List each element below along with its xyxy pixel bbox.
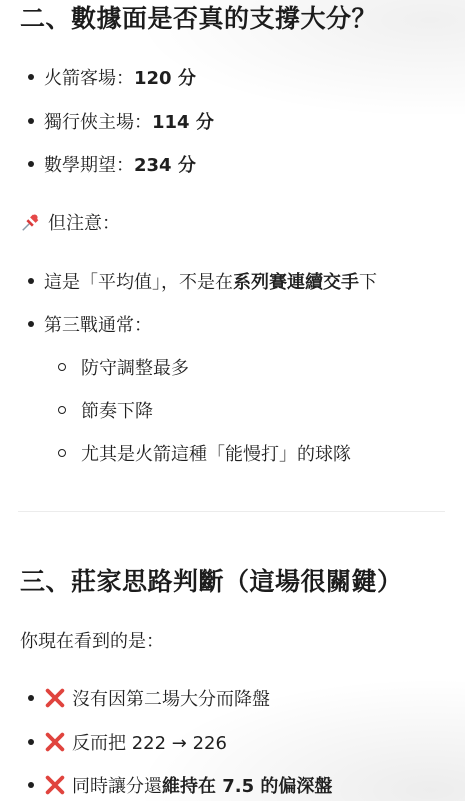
list-item: 這是「平均值」，不是在 系列賽連續交手 下 — [28, 268, 377, 294]
item-text: 反而把 222 → 226 — [72, 729, 227, 755]
list-item: 同時讓分還 維持在 7.5 的偏深盤 — [28, 772, 332, 798]
list-item: 沒有因第二場大分而降盤 — [28, 685, 270, 711]
stat-label: 數學期望： — [44, 151, 134, 177]
sub-list-item: 尤其是火箭這種「能慢打」的球隊 — [58, 440, 351, 466]
cross-mark-icon — [44, 731, 66, 753]
circle-bullet-icon — [58, 406, 66, 414]
bullet-icon — [28, 74, 34, 80]
bullet-icon — [28, 161, 34, 167]
sub-item-text: 防守調整最多 — [81, 354, 189, 380]
stat-value: 114 分 — [152, 108, 214, 134]
bullet-icon — [28, 321, 34, 327]
bullet-icon — [28, 739, 34, 745]
bullet-icon — [28, 278, 34, 284]
list-item: 數學期望： 234 分 — [28, 151, 196, 177]
sub-list-item: 防守調整最多 — [58, 354, 189, 380]
document-page: 二、數據面是否真的支撐大分？ 火箭客場： 120 分 獨行俠主場： 114 分 … — [0, 0, 465, 801]
caveat-text: 第三戰通常： — [44, 311, 152, 337]
bullet-icon — [28, 118, 34, 124]
circle-bullet-icon — [58, 363, 66, 371]
item-bold-text: 維持在 7.5 的偏深盤 — [162, 772, 332, 798]
list-item: 第三戰通常： — [28, 311, 152, 337]
list-item: 反而把 222 → 226 — [28, 729, 227, 755]
caveat-text-end: 下 — [359, 268, 377, 294]
bullet-icon — [28, 695, 34, 701]
item-text: 同時讓分還 — [72, 772, 162, 798]
stat-value: 120 分 — [134, 64, 196, 90]
sub-list-item: 節奏下降 — [58, 397, 153, 423]
stat-label: 獨行俠主場： — [44, 108, 152, 134]
stat-value: 234 分 — [134, 151, 196, 177]
list-item: 火箭客場： 120 分 — [28, 64, 196, 90]
sub-item-text: 節奏下降 — [81, 397, 153, 423]
note-label: 但注意： — [48, 209, 120, 235]
section-divider — [18, 511, 445, 512]
section2-heading: 二、數據面是否真的支撐大分？ — [20, 0, 377, 35]
pushpin-icon — [20, 211, 42, 233]
cross-mark-icon — [44, 774, 66, 796]
stat-label: 火箭客場： — [44, 64, 134, 90]
section3-intro: 你現在看到的是： — [20, 627, 164, 653]
sub-item-text: 尤其是火箭這種「能慢打」的球隊 — [81, 440, 351, 466]
caveat-text: 這是「平均值」，不是在 — [44, 268, 233, 294]
note-line: 但注意： — [20, 209, 120, 235]
section3-heading: 三、莊家思路判斷（這場很關鍵） — [20, 562, 403, 598]
item-text: 沒有因第二場大分而降盤 — [72, 685, 270, 711]
cross-mark-icon — [44, 687, 66, 709]
circle-bullet-icon — [58, 449, 66, 457]
list-item: 獨行俠主場： 114 分 — [28, 108, 214, 134]
caveat-bold: 系列賽連續交手 — [233, 268, 359, 294]
bullet-icon — [28, 782, 34, 788]
